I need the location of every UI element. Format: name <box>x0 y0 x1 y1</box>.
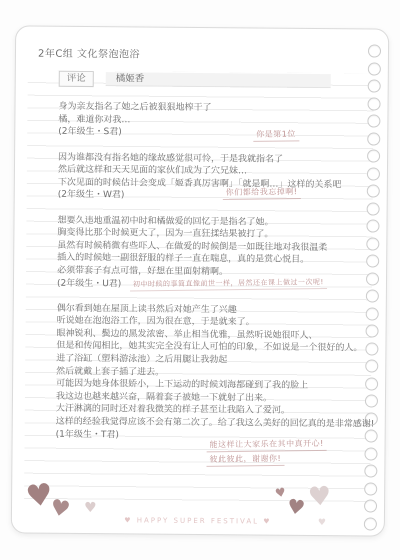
heart-icon: ♥ <box>307 483 332 511</box>
heart-icon: ♥ <box>84 501 97 515</box>
comment-item: 偶尔看到她在屋顶上读书然后对她产生了兴趣 听说她在泡泡浴工作，因为很在意，于是就… <box>56 302 356 443</box>
binder-hole <box>367 114 380 127</box>
heart-icon: ♥ <box>274 486 287 500</box>
heart-icon: ♥ <box>24 480 55 513</box>
binder-hole <box>367 132 380 145</box>
binder-hole <box>364 464 377 477</box>
handwritten-note: 初中时候的事简直像前世一样，居然还在课上做过一次呢! <box>130 277 327 291</box>
page-content: 2年C组 文化祭泡泡浴 评论 橘姬香 身为亲友指名了她之后被狠狠地榨干了 橘，难… <box>55 49 358 456</box>
binder-hole <box>365 359 378 372</box>
comment-item: 因为谁都没有指名她的缘故感觉很可怜，于是我就指名了 然后就这样和天天见面的家伙们… <box>58 151 357 204</box>
binder-hole <box>364 447 377 460</box>
binder-hole <box>366 219 379 232</box>
notebook-page: 2年C组 文化祭泡泡浴 评论 橘姬香 身为亲友指名了她之后被狠狠地榨干了 橘，难… <box>11 25 389 536</box>
binder-hole <box>368 79 381 92</box>
binder-hole <box>366 237 379 250</box>
binder-hole <box>367 184 380 197</box>
binder-holes <box>364 44 381 530</box>
commenter-name-field: 橘姬香 <box>106 72 331 89</box>
binder-hole <box>366 254 379 267</box>
handwritten-note: 能这样让大家乐在其中真开心! <box>206 438 326 452</box>
binder-hole <box>367 149 380 162</box>
binder-hole <box>366 324 379 337</box>
comment-item: 身为亲友指名了她之后被狠狠地榨干了 橘，难道你对我… (2年级生・S君) <box>58 101 357 141</box>
binder-hole <box>367 97 380 110</box>
binder-hole <box>367 202 380 215</box>
footer-text: ♥ HAPPY SUPER FESTIVAL ♥ <box>12 515 384 526</box>
handwritten-note: 彼此彼此，谢谢你! <box>206 453 284 467</box>
handwritten-note: 你们都给我忘掉啊! <box>223 186 301 200</box>
binder-hole <box>368 44 381 57</box>
binder-hole <box>364 499 377 512</box>
binder-hole <box>365 377 378 390</box>
binder-hole <box>364 482 377 495</box>
heart-icon: ♥ <box>286 496 307 518</box>
binder-hole <box>365 429 378 442</box>
binder-hole <box>365 394 378 407</box>
binder-hole <box>367 167 380 180</box>
binder-hole <box>368 62 381 75</box>
binder-hole <box>366 272 379 285</box>
handwritten-note: 你是第1位 <box>253 128 299 142</box>
comment-author: (2年级生・W君) <box>58 189 357 204</box>
comment-header-row: 评论 橘姬香 <box>59 70 358 89</box>
binder-hole <box>366 289 379 302</box>
binder-hole <box>366 307 379 320</box>
binder-hole <box>365 342 378 355</box>
comment-label: 评论 <box>59 70 94 87</box>
comment-author: (2年级生・S君) <box>58 126 357 141</box>
page-title: 2年C组 文化祭泡泡浴 <box>38 49 358 64</box>
